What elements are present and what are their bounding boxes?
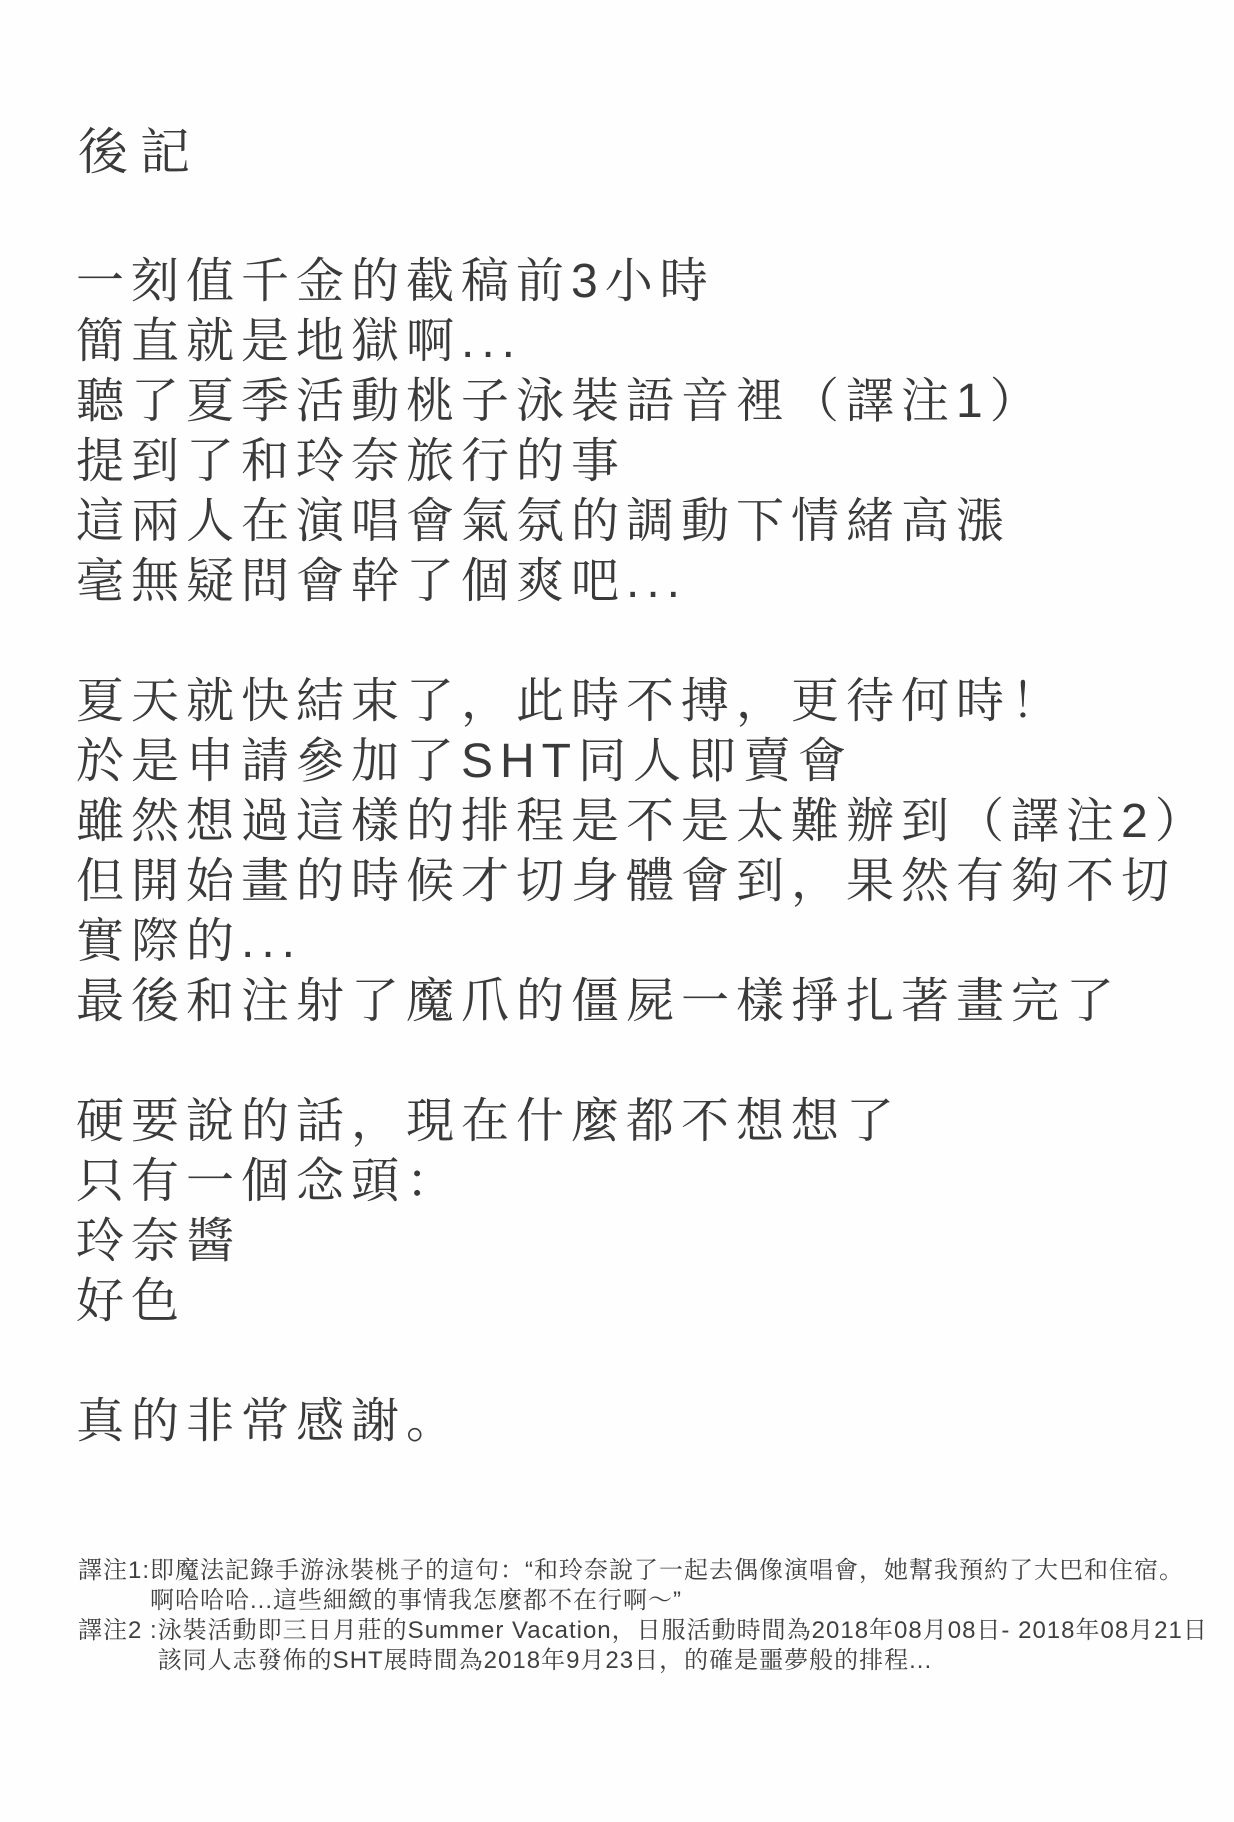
- footnote-text: 泳裝活動即三日月莊的Summer Vacation，日服活動時間為2018年08…: [158, 1616, 1214, 1676]
- text-line: 於是申請參加了SHT同人即賣會: [76, 732, 1214, 792]
- text-line: 硬要說的話，現在什麼都不想想了: [76, 1092, 1214, 1152]
- paragraph-3: 硬要說的話，現在什麼都不想想了 只有一個念頭： 玲奈醬 好色: [76, 1092, 1214, 1332]
- paragraph-2: 夏天就快結束了，此時不搏，更待何時！ 於是申請參加了SHT同人即賣會 雖然想過這…: [76, 672, 1214, 1032]
- footnote-label: 譯注1:: [78, 1556, 150, 1586]
- text-line: 提到了和玲奈旅行的事: [76, 432, 1214, 492]
- text-line: 簡直就是地獄啊...: [76, 312, 1214, 372]
- text-line: 雖然想過這樣的排程是不是太難辦到（譯注2）: [76, 792, 1214, 852]
- text-line: 聽了夏季活動桃子泳裝語音裡（譯注1）: [76, 372, 1214, 432]
- footnotes: 譯注1: 即魔法記錄手游泳裝桃子的這句：“和玲奈說了一起去偶像演唱會，她幫我預約…: [78, 1556, 1214, 1676]
- text-line: 只有一個念頭：: [76, 1152, 1214, 1212]
- paragraph-4: 真的非常感謝。: [76, 1392, 1214, 1452]
- paragraph-1: 一刻值千金的截稿前3小時 簡直就是地獄啊... 聽了夏季活動桃子泳裝語音裡（譯注…: [76, 252, 1214, 612]
- text-line: 玲奈醬: [76, 1212, 1214, 1272]
- footnote-line: 啊哈哈哈...這些細緻的事情我怎麼都不在行啊～”: [150, 1586, 1214, 1616]
- footnote-line: 即魔法記錄手游泳裝桃子的這句：“和玲奈說了一起去偶像演唱會，她幫我預約了大巴和住…: [150, 1556, 1214, 1586]
- afterword-page: 後記 一刻值千金的截稿前3小時 簡直就是地獄啊... 聽了夏季活動桃子泳裝語音裡…: [0, 0, 1234, 1822]
- text-line: 毫無疑問會幹了個爽吧...: [76, 552, 1214, 612]
- text-line: 最後和注射了魔爪的僵屍一樣掙扎著畫完了: [76, 972, 1214, 1032]
- footnote-label: 譯注2 :: [78, 1616, 158, 1646]
- text-line: 夏天就快結束了，此時不搏，更待何時！: [76, 672, 1214, 732]
- text-line: 這兩人在演唱會氣氛的調動下情緒高漲: [76, 492, 1214, 552]
- afterword-body: 一刻值千金的截稿前3小時 簡直就是地獄啊... 聽了夏季活動桃子泳裝語音裡（譯注…: [76, 252, 1214, 1452]
- footnote-2: 譯注2 : 泳裝活動即三日月莊的Summer Vacation，日服活動時間為2…: [78, 1616, 1214, 1676]
- footnote-1: 譯注1: 即魔法記錄手游泳裝桃子的這句：“和玲奈說了一起去偶像演唱會，她幫我預約…: [78, 1556, 1214, 1616]
- text-line: 實際的...: [76, 912, 1214, 972]
- text-line: 但開始畫的時候才切身體會到，果然有夠不切: [76, 852, 1214, 912]
- text-line: 好色: [76, 1272, 1214, 1332]
- text-line: 一刻值千金的截稿前3小時: [76, 252, 1214, 312]
- text-line: 真的非常感謝。: [76, 1392, 1214, 1452]
- footnote-text: 即魔法記錄手游泳裝桃子的這句：“和玲奈說了一起去偶像演唱會，她幫我預約了大巴和住…: [150, 1556, 1214, 1616]
- page-title: 後記: [78, 122, 202, 182]
- footnote-line: 該同人志發佈的SHT展時間為2018年9月23日，的確是噩夢般的排程...: [158, 1646, 1214, 1676]
- footnote-line: 泳裝活動即三日月莊的Summer Vacation，日服活動時間為2018年08…: [158, 1616, 1214, 1646]
